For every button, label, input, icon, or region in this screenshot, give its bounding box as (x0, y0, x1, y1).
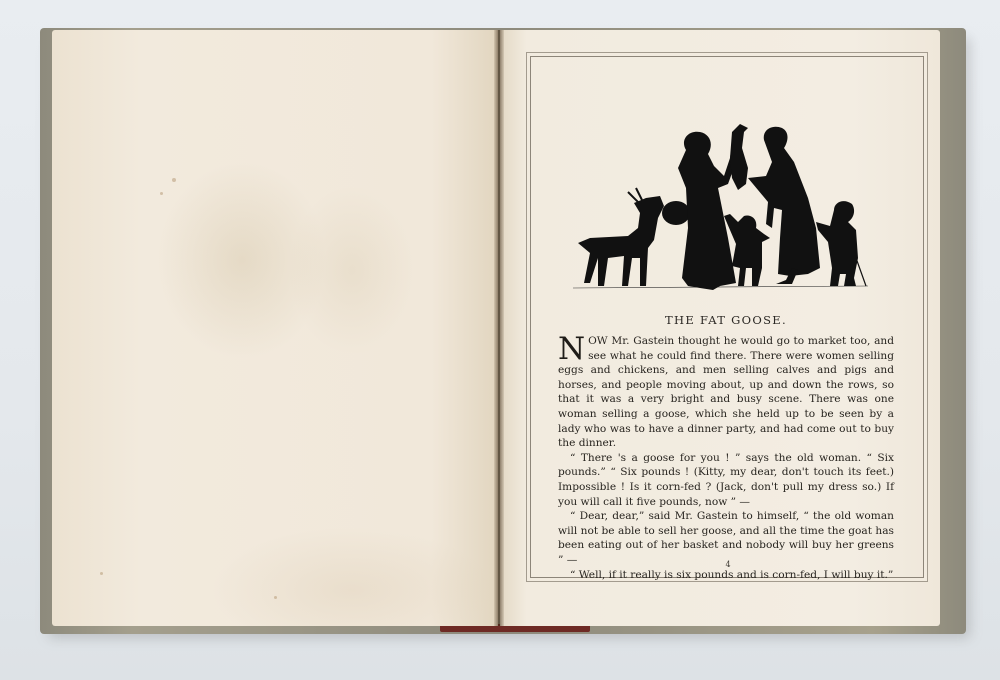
foxing-spot (172, 178, 176, 182)
page-number: 4 (718, 560, 738, 569)
paragraph: “ There 's a goose for you ! ” says the … (558, 451, 894, 509)
drop-cap: N (558, 336, 585, 362)
book-gutter (494, 30, 504, 626)
paragraph: “ Dear, dear,” said Mr. Gastein to himse… (558, 509, 894, 567)
chapter-title: THE FAT GOOSE. (530, 313, 922, 327)
left-page (52, 30, 498, 626)
paragraph: “ Well, if it really is six pounds and i… (558, 568, 894, 583)
foxing-spot (274, 596, 277, 599)
page-body-text: NOW Mr. Gastein thought he would go to m… (558, 334, 894, 582)
foxing-spot (160, 192, 163, 195)
silhouette-illustration (568, 118, 873, 303)
foxing-spot (100, 572, 103, 575)
paragraph: OW Mr. Gastein thought he would go to ma… (558, 335, 894, 449)
silhouette-figures-icon (573, 124, 868, 290)
